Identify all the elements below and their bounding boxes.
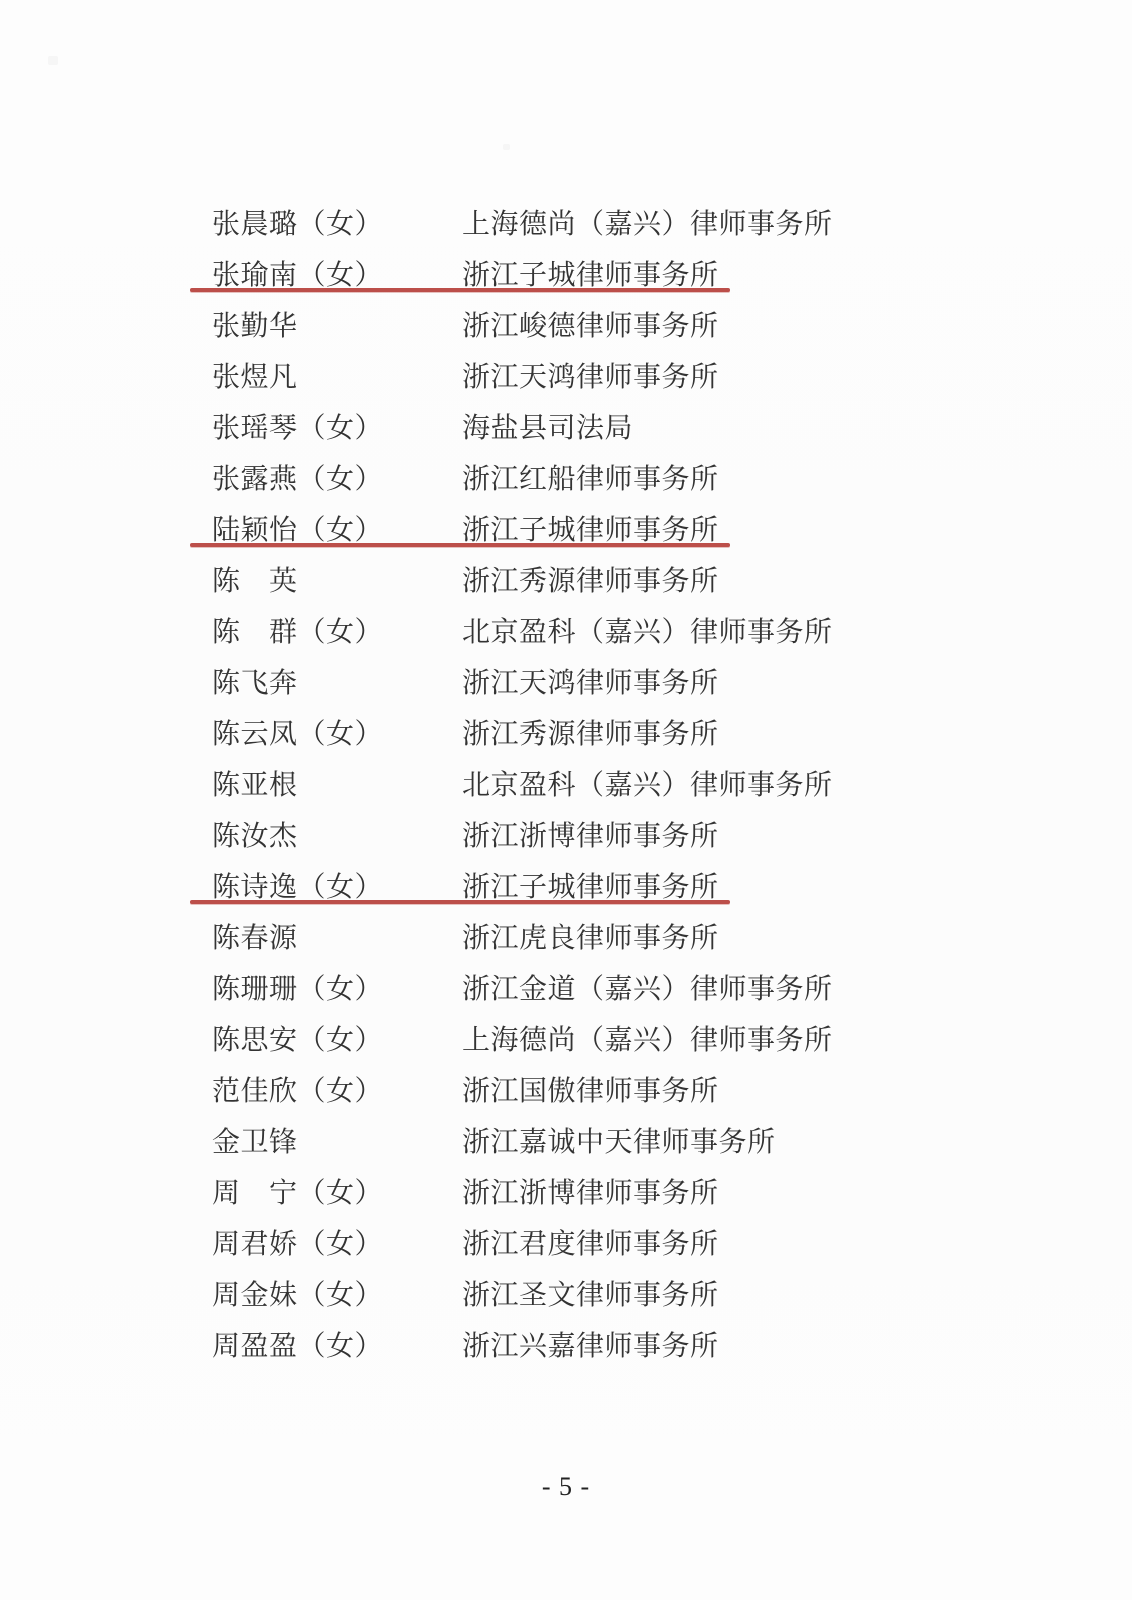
list-row: 陈诗逸（女） 浙江子城律师事务所 <box>0 859 1132 910</box>
list-row: 陈春源 浙江虎良律师事务所 <box>0 910 1132 961</box>
name-org-list: 张晨璐（女） 上海德尚（嘉兴）律师事务所 张瑜南（女） 浙江子城律师事务所 张勤… <box>0 196 1132 1369</box>
list-row: 陈思安（女） 上海德尚（嘉兴）律师事务所 <box>0 1012 1132 1063</box>
red-underline <box>190 288 730 292</box>
person-name: 陆颖怡（女） <box>212 508 383 548</box>
page-number: - 5 - <box>0 1472 1132 1502</box>
scan-artifact <box>48 56 58 65</box>
person-name: 陈思安（女） <box>212 1018 383 1058</box>
organization-name: 北京盈科（嘉兴）律师事务所 <box>462 763 833 803</box>
list-row: 金卫锋 浙江嘉诚中天律师事务所 <box>0 1114 1132 1165</box>
organization-name: 浙江红船律师事务所 <box>462 457 719 497</box>
organization-name: 浙江子城律师事务所 <box>462 253 719 293</box>
person-name: 张瑶琴（女） <box>212 406 383 446</box>
list-row: 张煜凡 浙江天鸿律师事务所 <box>0 349 1132 400</box>
document-page: 张晨璐（女） 上海德尚（嘉兴）律师事务所 张瑜南（女） 浙江子城律师事务所 张勤… <box>0 0 1132 1600</box>
organization-name: 上海德尚（嘉兴）律师事务所 <box>462 1018 833 1058</box>
person-name: 周 宁（女） <box>212 1171 383 1211</box>
organization-name: 浙江国傲律师事务所 <box>462 1069 719 1109</box>
person-name: 陈 群（女） <box>212 610 383 650</box>
list-row: 张瑶琴（女） 海盐县司法局 <box>0 400 1132 451</box>
list-row: 张晨璐（女） 上海德尚（嘉兴）律师事务所 <box>0 196 1132 247</box>
organization-name: 北京盈科（嘉兴）律师事务所 <box>462 610 833 650</box>
person-name: 张晨璐（女） <box>212 202 383 242</box>
red-underline <box>190 900 730 904</box>
organization-name: 浙江子城律师事务所 <box>462 865 719 905</box>
list-row: 陆颖怡（女） 浙江子城律师事务所 <box>0 502 1132 553</box>
list-row: 周金妹（女） 浙江圣文律师事务所 <box>0 1267 1132 1318</box>
list-row: 陈亚根 北京盈科（嘉兴）律师事务所 <box>0 757 1132 808</box>
person-name: 周盈盈（女） <box>212 1324 383 1364</box>
organization-name: 浙江秀源律师事务所 <box>462 559 719 599</box>
list-row: 张露燕（女） 浙江红船律师事务所 <box>0 451 1132 502</box>
person-name: 陈汝杰 <box>212 814 298 854</box>
organization-name: 浙江浙博律师事务所 <box>462 814 719 854</box>
red-underline <box>190 543 730 547</box>
list-row: 张瑜南（女） 浙江子城律师事务所 <box>0 247 1132 298</box>
person-name: 陈 英 <box>212 559 298 599</box>
organization-name: 浙江峻德律师事务所 <box>462 304 719 344</box>
person-name: 陈春源 <box>212 916 298 956</box>
list-row: 陈 英 浙江秀源律师事务所 <box>0 553 1132 604</box>
list-row: 陈云凤（女） 浙江秀源律师事务所 <box>0 706 1132 757</box>
organization-name: 浙江圣文律师事务所 <box>462 1273 719 1313</box>
organization-name: 浙江浙博律师事务所 <box>462 1171 719 1211</box>
person-name: 张露燕（女） <box>212 457 383 497</box>
organization-name: 浙江秀源律师事务所 <box>462 712 719 752</box>
organization-name: 浙江天鸿律师事务所 <box>462 661 719 701</box>
person-name: 范佳欣（女） <box>212 1069 383 1109</box>
person-name: 陈亚根 <box>212 763 298 803</box>
person-name: 周金妹（女） <box>212 1273 383 1313</box>
person-name: 周君娇（女） <box>212 1222 383 1262</box>
person-name: 金卫锋 <box>212 1120 298 1160</box>
person-name: 张瑜南（女） <box>212 253 383 293</box>
organization-name: 海盐县司法局 <box>462 406 633 446</box>
person-name: 张煜凡 <box>212 355 298 395</box>
organization-name: 浙江嘉诚中天律师事务所 <box>462 1120 776 1160</box>
list-row: 陈飞奔 浙江天鸿律师事务所 <box>0 655 1132 706</box>
scan-artifact <box>503 144 510 150</box>
list-row: 陈汝杰 浙江浙博律师事务所 <box>0 808 1132 859</box>
organization-name: 浙江天鸿律师事务所 <box>462 355 719 395</box>
organization-name: 浙江君度律师事务所 <box>462 1222 719 1262</box>
list-row: 范佳欣（女） 浙江国傲律师事务所 <box>0 1063 1132 1114</box>
list-row: 陈珊珊（女） 浙江金道（嘉兴）律师事务所 <box>0 961 1132 1012</box>
person-name: 陈飞奔 <box>212 661 298 701</box>
list-row: 张勤华 浙江峻德律师事务所 <box>0 298 1132 349</box>
organization-name: 浙江虎良律师事务所 <box>462 916 719 956</box>
person-name: 陈诗逸（女） <box>212 865 383 905</box>
list-row: 周盈盈（女） 浙江兴嘉律师事务所 <box>0 1318 1132 1369</box>
organization-name: 浙江金道（嘉兴）律师事务所 <box>462 967 833 1007</box>
organization-name: 浙江子城律师事务所 <box>462 508 719 548</box>
organization-name: 浙江兴嘉律师事务所 <box>462 1324 719 1364</box>
person-name: 张勤华 <box>212 304 298 344</box>
person-name: 陈云凤（女） <box>212 712 383 752</box>
list-row: 陈 群（女） 北京盈科（嘉兴）律师事务所 <box>0 604 1132 655</box>
organization-name: 上海德尚（嘉兴）律师事务所 <box>462 202 833 242</box>
list-row: 周君娇（女） 浙江君度律师事务所 <box>0 1216 1132 1267</box>
list-row: 周 宁（女） 浙江浙博律师事务所 <box>0 1165 1132 1216</box>
person-name: 陈珊珊（女） <box>212 967 383 1007</box>
